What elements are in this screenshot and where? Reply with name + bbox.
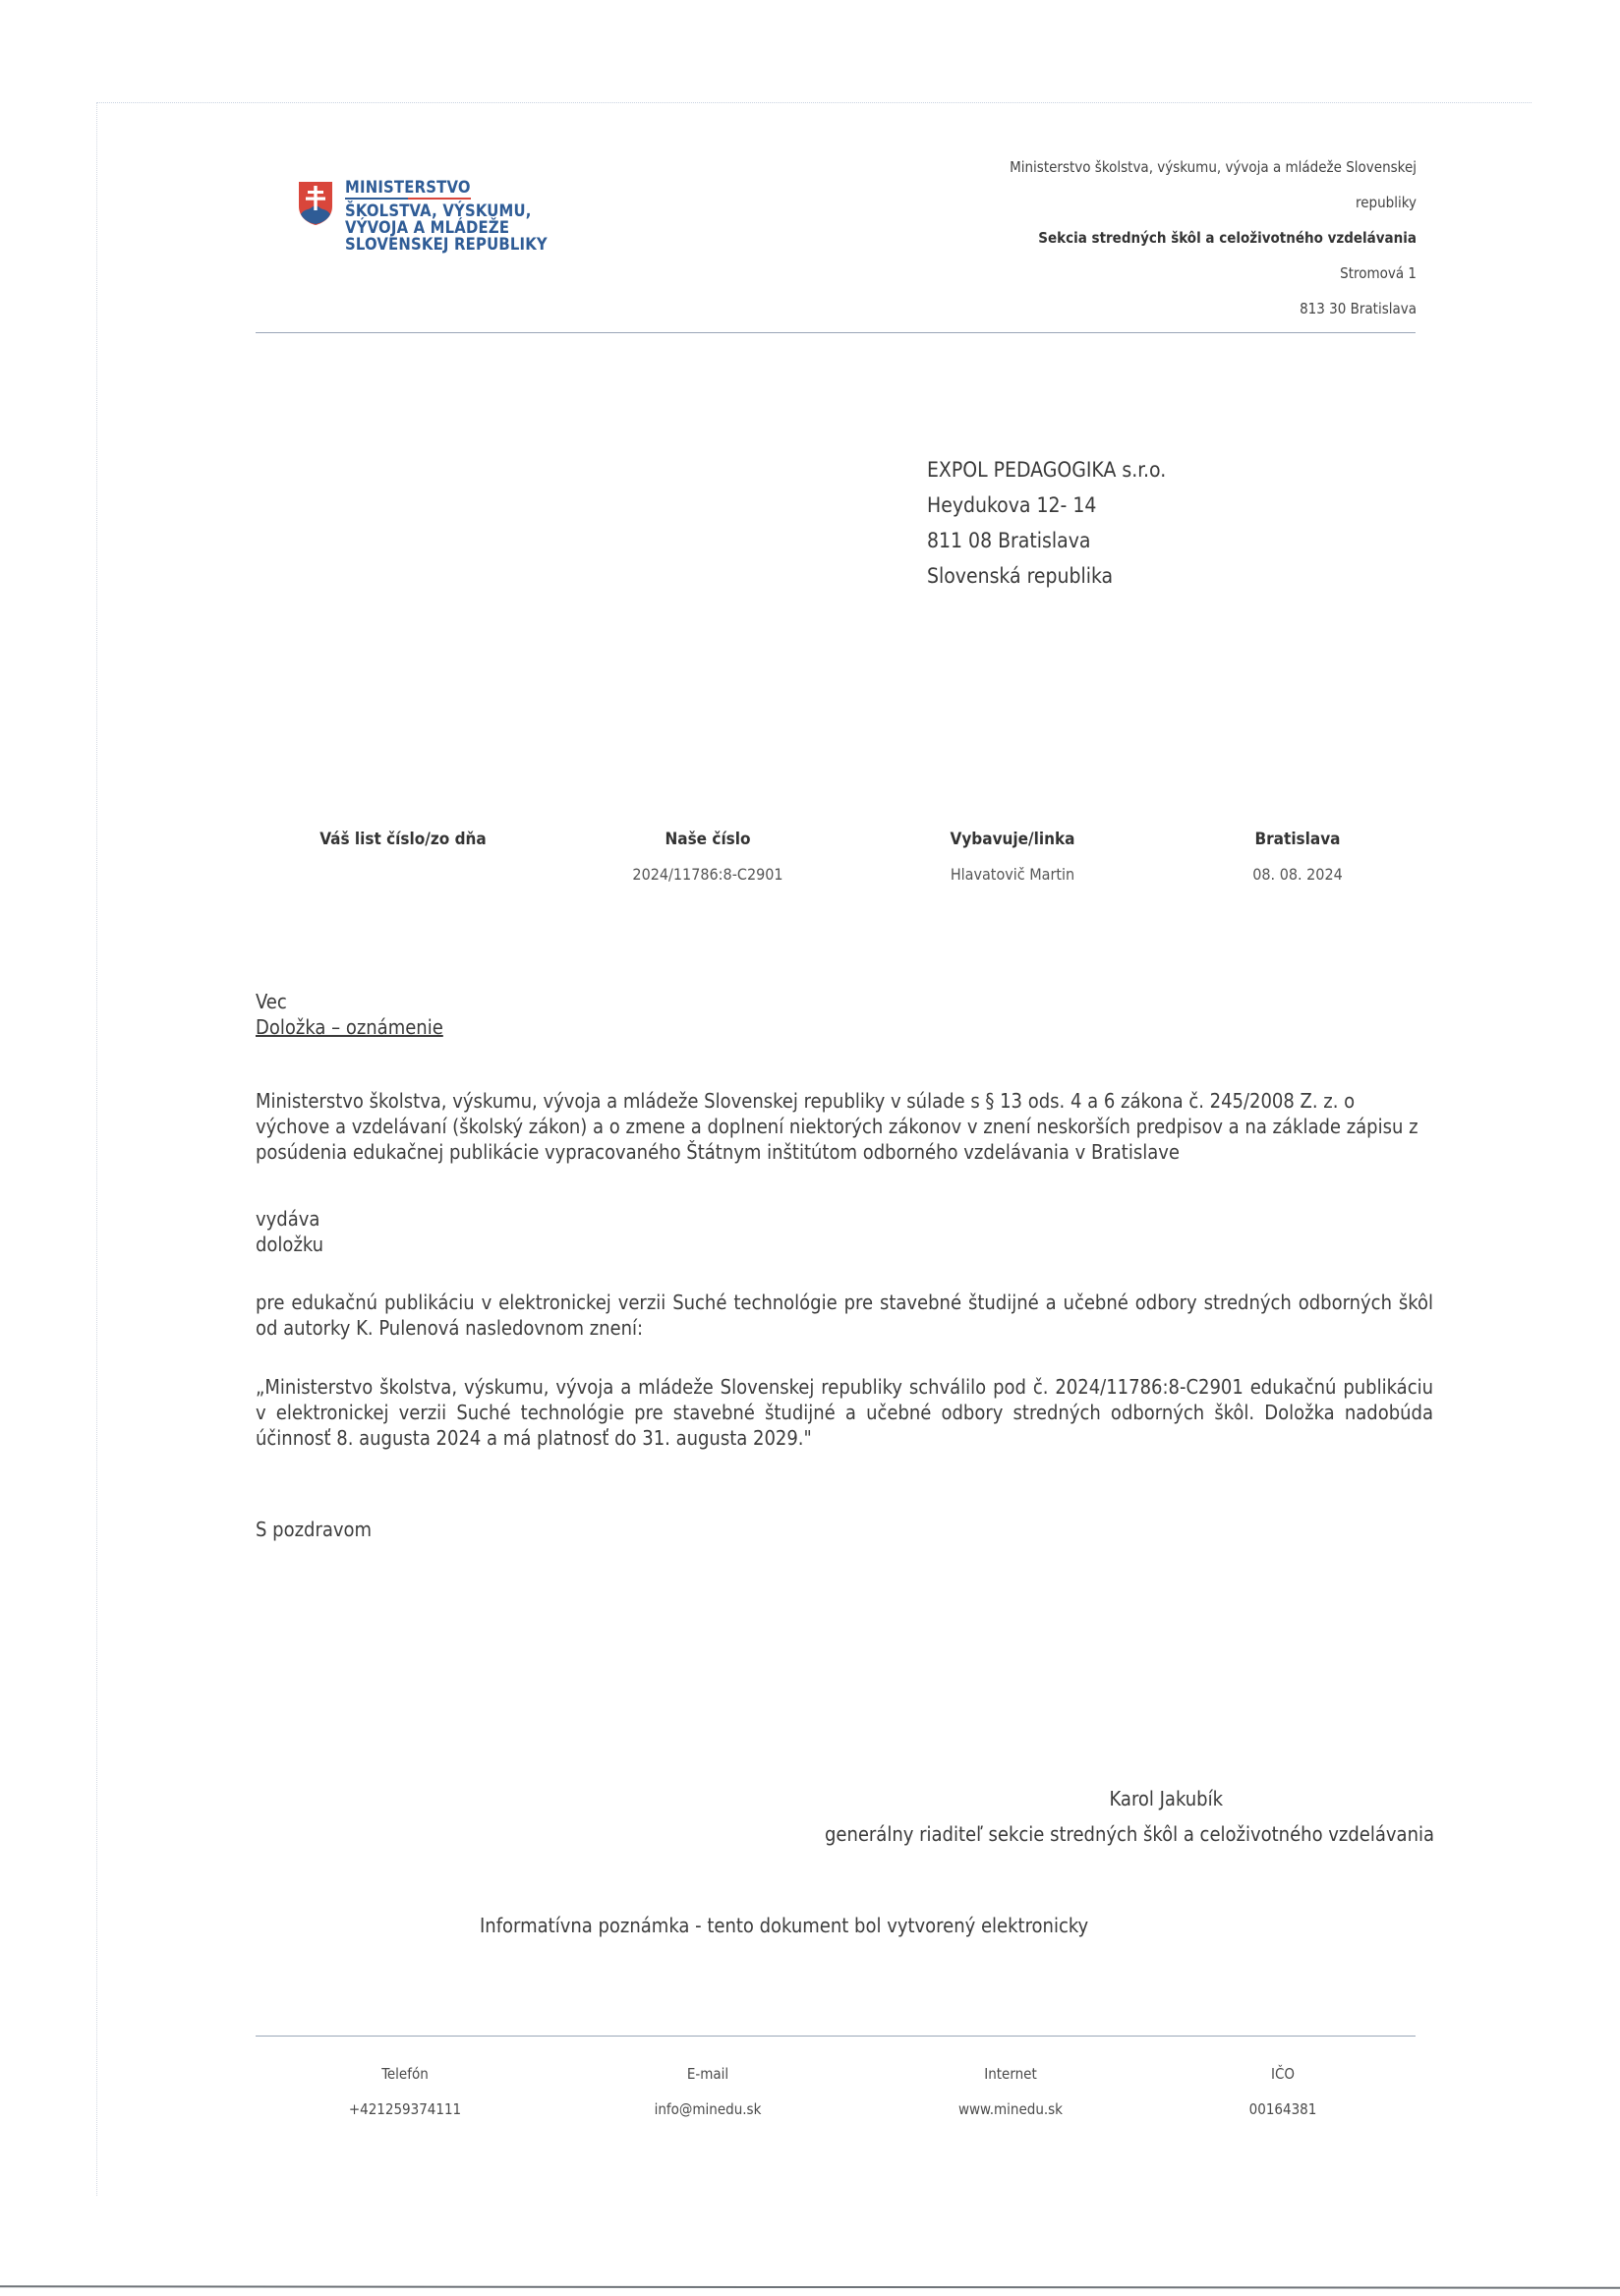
body-issues: vydáva doložku: [256, 1206, 1433, 1257]
footer-email: E-mail info@minedu.sk: [609, 2056, 806, 2127]
subject-label: Vec: [256, 989, 443, 1014]
ministry-logo: MINISTERSTVO ŠKOLSTVA, VÝSKUMU, VÝVOJA A…: [298, 179, 548, 253]
body-paragraph-3: pre edukačnú publikáciu v elektronickej …: [256, 1290, 1433, 1341]
footer-divider: [256, 2036, 1416, 2037]
signatory-name: Karol Jakubík: [825, 1781, 1434, 1816]
header-divider: [256, 332, 1416, 333]
slovak-coat-of-arms-icon: [298, 181, 333, 226]
sender-section: Sekcia stredných škôl a celoživotného vz…: [1010, 220, 1417, 256]
closing: S pozdravom: [256, 1517, 1433, 1542]
ref-place-date: Bratislava 08. 08. 2024: [1219, 822, 1376, 892]
ministry-logo-text: MINISTERSTVO ŠKOLSTVA, VÝSKUMU, VÝVOJA A…: [345, 179, 548, 253]
footer-ico: IČO 00164381: [1185, 2056, 1381, 2127]
subject: Vec Doložka – oznámenie: [256, 989, 443, 1040]
ref-our-number: Naše číslo 2024/11786:8-C2901: [609, 822, 806, 892]
subject-title: Doložka – oznámenie: [256, 1014, 443, 1040]
scan-edge-line: [0, 2285, 1620, 2288]
ref-handled-by: Vybavuje/linka Hlavatovič Martin: [914, 822, 1111, 892]
body-paragraph-4: „Ministerstvo školstva, výskumu, vývoja …: [256, 1374, 1433, 1451]
recipient-address: EXPOL PEDAGOGIKA s.r.o. Heydukova 12- 14…: [927, 452, 1166, 594]
footer-internet: Internet www.minedu.sk: [912, 2056, 1109, 2127]
signatory-title: generálny riaditeľ sekcie stredných škôl…: [825, 1822, 1434, 1846]
signature: Karol Jakubík generálny riaditeľ sekcie …: [825, 1781, 1434, 1852]
sender-address: Ministerstvo školstva, výskumu, vývoja a…: [1010, 149, 1417, 326]
scan-frame-left: [96, 102, 97, 2196]
footer-phone: Telefón +421259374111: [307, 2056, 503, 2127]
scan-frame-top: [96, 102, 1532, 103]
body-paragraph-1: Ministerstvo školstva, výskumu, vývoja a…: [256, 1088, 1433, 1165]
ref-your-letter: Váš list číslo/zo dňa: [300, 822, 506, 857]
informative-note: Informatívna poznámka - tento dokument b…: [480, 1913, 1088, 1938]
